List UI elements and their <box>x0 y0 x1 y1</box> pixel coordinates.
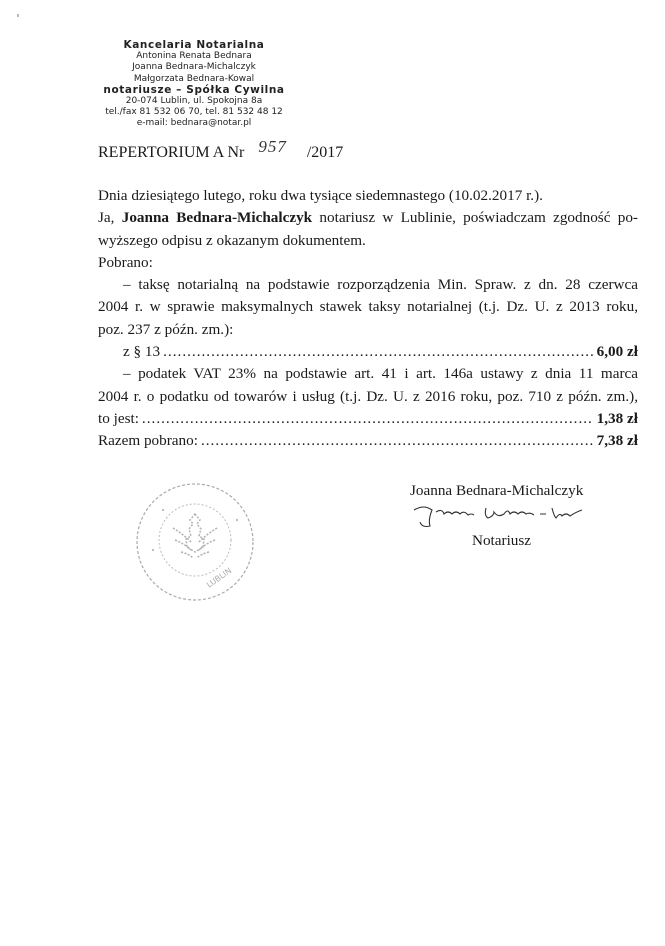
notarial-fee-amount: 6,00 zł <box>597 341 638 363</box>
repertorium-number: 957 <box>258 137 287 157</box>
signatory-name: Joanna Bednara-Michalczyk <box>410 480 630 502</box>
partnership-line: notariusze – Spółka Cywilna <box>78 85 310 96</box>
notarial-fee-line-2: 2004 r. w sprawie maksymalnych stawek ta… <box>98 296 638 318</box>
repertorium-line: REPERTORIUM A Nr957/2017 <box>98 142 343 162</box>
signatory-title: Notariusz <box>410 530 630 552</box>
official-seal-eagle-icon: LUBLIN <box>133 480 257 604</box>
phone-line: tel./fax 81 532 06 70, tel. 81 532 48 12 <box>78 107 310 118</box>
dot-leader <box>142 408 594 430</box>
svg-text:LUBLIN: LUBLIN <box>205 566 233 590</box>
notarial-fee-line-3: poz. 237 z późn. zm.): <box>98 319 638 341</box>
notary-name: Joanna Bednara-Michalczyk <box>122 209 312 226</box>
repertorium-label: REPERTORIUM A Nr <box>98 144 244 161</box>
statement-text-1: notariusz w Lublinie, poświadczam zgodno… <box>312 209 638 226</box>
notary-name-1: Antonina Renata Bednara <box>78 51 310 62</box>
vat-amount: 1,38 zł <box>597 408 638 430</box>
total-amount: 7,38 zł <box>597 430 638 452</box>
letterhead: Kancelaria Notarialna Antonina Renata Be… <box>78 40 310 130</box>
document-page: Kancelaria Notarialna Antonina Renata Be… <box>0 0 665 946</box>
notarial-fee-row: z § 13 6,00 zł <box>98 341 638 363</box>
notarial-fee-line-1: – taksę notarialną na podstawie rozporzą… <box>98 274 638 296</box>
total-row: Razem pobrano: 7,38 zł <box>98 430 638 452</box>
handwritten-signature-icon <box>410 502 630 528</box>
dot-leader <box>163 341 594 363</box>
statement-ja: Ja, <box>98 209 122 226</box>
certification-body: Dnia dziesiątego lutego, roku dwa tysiąc… <box>98 185 638 453</box>
address-line: 20-074 Lublin, ul. Spokojna 8a <box>78 96 310 107</box>
email-line: e-mail: bednara@notar.pl <box>78 118 310 129</box>
repertorium-year: /2017 <box>307 144 343 161</box>
collected-label: Pobrano: <box>98 252 638 274</box>
vat-label: to jest: <box>98 408 139 430</box>
scan-speck <box>17 14 19 17</box>
statement-line-1: Ja, Joanna Bednara-Michalczyk notariusz … <box>98 207 638 229</box>
vat-row: to jest: 1,38 zł <box>98 408 638 430</box>
office-name: Kancelaria Notarialna <box>78 40 310 51</box>
vat-line-2: 2004 r. o podatku od towarów i usług (t.… <box>98 386 638 408</box>
vat-line-1: – podatek VAT 23% na podstawie art. 41 i… <box>98 363 638 385</box>
dot-leader <box>201 430 594 452</box>
date-line: Dnia dziesiątego lutego, roku dwa tysiąc… <box>98 185 638 207</box>
statement-line-2: wyższego odpisu z okazanym dokumentem. <box>98 230 638 252</box>
total-label: Razem pobrano: <box>98 430 198 452</box>
notarial-fee-label: z § 13 <box>123 341 160 363</box>
notary-name-2: Joanna Bednara-Michalczyk <box>78 62 310 73</box>
signature-block: Joanna Bednara-Michalczyk Notariusz <box>410 480 630 552</box>
